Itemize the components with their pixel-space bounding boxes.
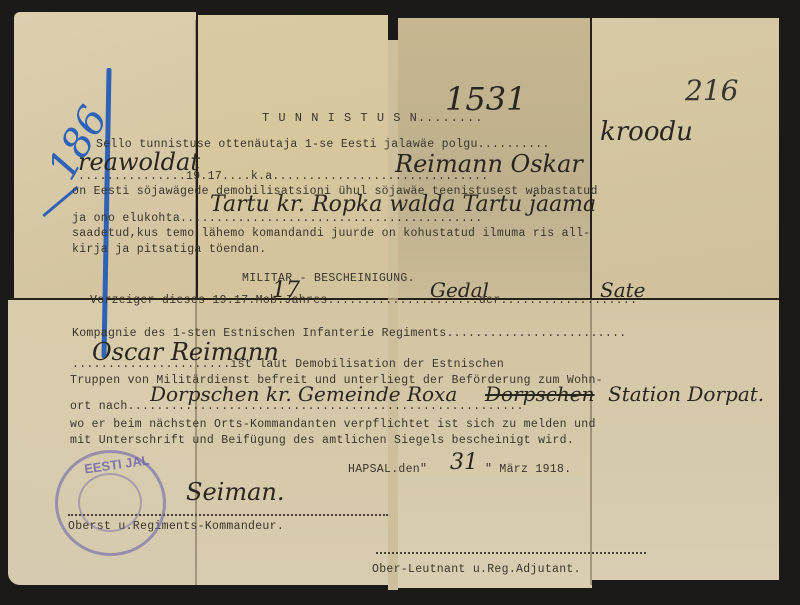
date-day: 31 <box>450 450 478 475</box>
estonian-handwritten-name: Reimann Oskar <box>395 150 583 178</box>
archive-number: 216 <box>685 74 738 107</box>
german-handwritten-station: Station Dorpat. <box>608 382 764 406</box>
german-handwritten-a: Gedal <box>430 278 489 302</box>
regiment-stamp: EESTI JAL <box>55 450 166 556</box>
stamp-inner-ring <box>78 473 142 532</box>
german-handwritten-year: 17 <box>272 278 300 303</box>
german-line-3: ......................ist laut Demobilis… <box>72 358 504 371</box>
adjutant-title: Ober-Leutnant u.Reg.Adjutant. <box>372 563 581 576</box>
german-line-6: wo er beim nächsten Orts-Kommandanten ve… <box>70 418 596 431</box>
german-title: MILITAR - BESCHEINIGUNG. <box>242 272 415 285</box>
estonian-handwritten-1: kroodu <box>600 117 693 147</box>
document-panel-top-right <box>592 18 779 298</box>
german-struck-text: Dorpschen <box>485 382 595 406</box>
german-handwritten-b: Sate <box>600 278 646 302</box>
serial-number: 1531 <box>445 80 526 118</box>
document-panel-bottom-right <box>592 300 779 580</box>
commander-signature: Seiman. <box>186 478 284 506</box>
estonian-line-6: kirja ja pitsatiga töendan. <box>72 243 266 256</box>
estonian-handwritten-address: Tartu kr. Ropka walda Tartu jaama <box>210 192 596 217</box>
german-line-7: mit Unterschrift und Beifügung des amtli… <box>70 434 574 447</box>
german-line-1: Vorzeiger dieses 19.17.Mob.Jahres.......… <box>90 294 637 307</box>
date-place: HAPSAL.den" <box>348 463 427 476</box>
date-month-year: " März 1918. <box>485 463 571 476</box>
german-handwritten-destination: Dorpschen kr. Gemeinde Roxa <box>150 382 457 406</box>
adjutant-signature-line <box>376 552 646 554</box>
estonian-line-5: saadetud,kus temo lähemo komandandi juur… <box>72 227 590 240</box>
